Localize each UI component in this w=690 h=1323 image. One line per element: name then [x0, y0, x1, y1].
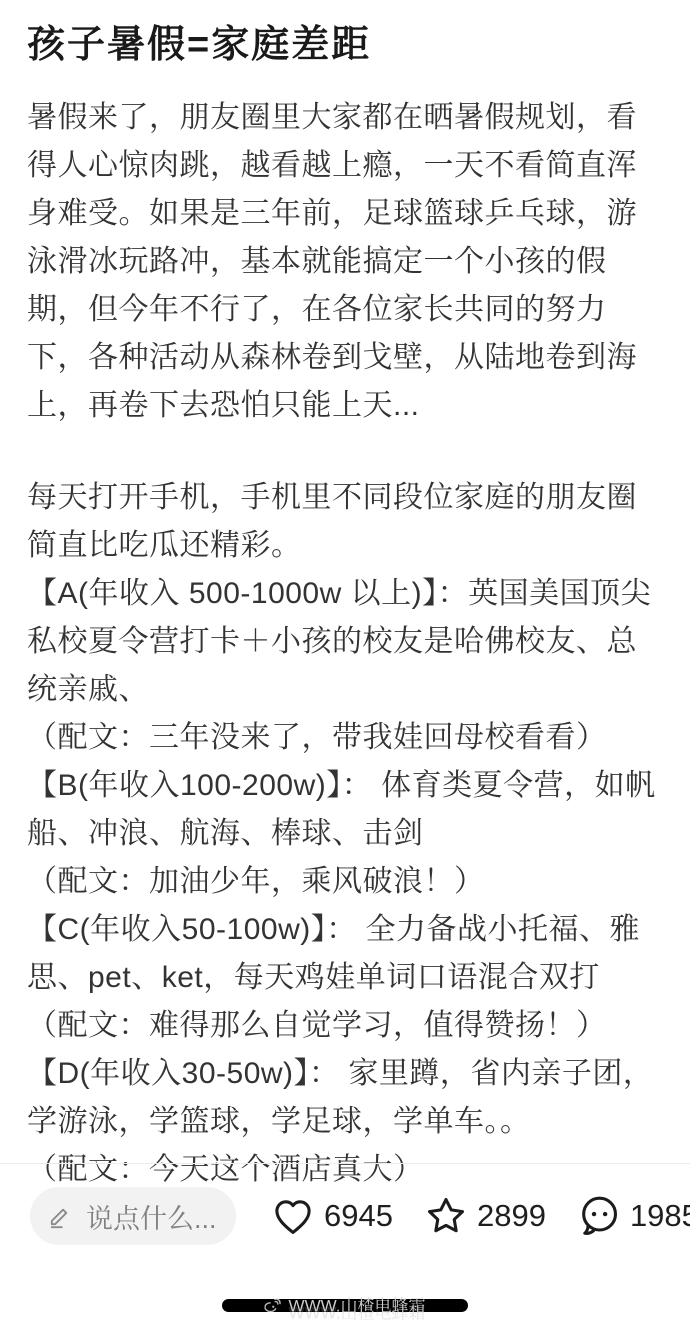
heart-icon — [270, 1193, 316, 1239]
comment-bubble-icon — [576, 1193, 622, 1239]
post-content: 孩子暑假=家庭差距 暑假来了，朋友圈里大家都在晒暑假规划，看得人心惊肉跳，越看越… — [0, 0, 690, 1194]
comment-input[interactable]: 说点什么... — [30, 1187, 236, 1245]
action-bar: 说点什么... 6945 2899 — [0, 1185, 690, 1247]
paragraph-tier-d: 【D(年收入30-50w)】： 家里蹲，省内亲子团，学游泳，学篮球，学足球，学单… — [27, 1050, 663, 1146]
watermark-text: WWW.山楂电蜂霜 — [289, 1291, 426, 1316]
like-button[interactable]: 6945 — [270, 1193, 393, 1239]
post-body: 暑假来了，朋友圈里大家都在晒暑假规划，看得人心惊肉跳，越看越上瘾，一天不看简直浑… — [27, 94, 663, 1194]
star-icon — [423, 1193, 469, 1239]
pencil-icon — [46, 1202, 74, 1230]
paragraph-tier-b: 【B(年收入100-200w)】： 体育类夏令营，如帆船、冲浪、航海、棒球、击剑 — [27, 762, 663, 858]
paragraph-intro: 暑假来了，朋友圈里大家都在晒暑假规划，看得人心惊肉跳，越看越上瘾，一天不看简直浑… — [27, 94, 663, 430]
favorite-count: 2899 — [477, 1198, 546, 1234]
paragraph-lead: 每天打开手机，手机里不同段位家庭的朋友圈简直比吃瓜还精彩。 — [27, 474, 663, 570]
paragraph-tier-c: 【C(年收入50-100w)】： 全力备战小托福、雅思、pet、ket，每天鸡娃… — [27, 906, 663, 1002]
page-title: 孩子暑假=家庭差距 — [27, 22, 663, 70]
favorite-button[interactable]: 2899 — [423, 1193, 546, 1239]
paragraph-tier-c-caption: （配文：难得那么自觉学习，值得赞扬！） — [27, 1002, 663, 1050]
paragraph-tier-a-caption: （配文：三年没来了，带我娃回母校看看） — [27, 714, 663, 762]
watermark: WWW.山楂电蜂霜 — [265, 1291, 426, 1316]
weibo-icon — [265, 1294, 284, 1313]
action-bar-divider — [0, 1163, 690, 1164]
stats-group: 6945 2899 1985 — [270, 1193, 690, 1239]
paragraph-tier-b-caption: （配文：加油少年，乘风破浪！） — [27, 858, 663, 906]
like-count: 6945 — [324, 1198, 393, 1234]
comment-placeholder: 说点什么... — [86, 1197, 217, 1236]
comment-count: 1985 — [630, 1198, 690, 1234]
paragraph-tier-a: 【A(年收入 500-1000w 以上)】：英国美国顶尖私校夏令营打卡＋小孩的校… — [27, 570, 663, 714]
comment-button[interactable]: 1985 — [576, 1193, 690, 1239]
bottom-bar-area: WWW.山楂电蜂霜 — [0, 1288, 690, 1323]
